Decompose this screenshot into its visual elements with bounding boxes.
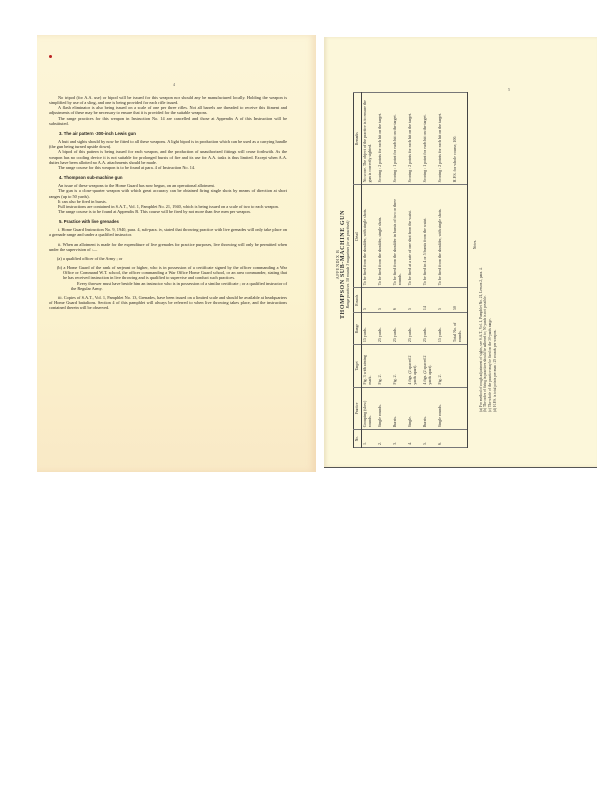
paragraph: A flash eliminator is also being issued … (49, 105, 287, 115)
column-header: Range (354, 313, 362, 345)
table-row: 3.Bursts.Fig. 2.25 yards.6To be fired fr… (392, 93, 407, 448)
sub-item-b-continued: Every thrower must have beside him an in… (71, 281, 287, 291)
table-cell: Single. (407, 387, 422, 430)
paragraph: The gun is a close-quarter weapon with w… (49, 188, 287, 198)
page-number: 4 (173, 82, 175, 87)
table-cell: 5 (407, 288, 422, 313)
table-cell: 2. (377, 430, 392, 448)
table-cell: To be fired from the shoulder, with sing… (362, 185, 378, 288)
table-cell: Single rounds. (377, 387, 392, 430)
table-cell (452, 345, 468, 388)
table-cell: To be fired in 4 or 5 bursts from the wa… (422, 185, 437, 288)
table-cell: To be fired from the shoulder, single sh… (377, 185, 392, 288)
paragraph: ii. When an allotment is made for the ex… (49, 242, 287, 252)
table-row: 6.Single rounds.Fig. 2.15 yards.5To be f… (437, 93, 452, 448)
table-cell: Scoring : 1 point for each hit on the ta… (392, 93, 407, 185)
table-cell: H.P.S. for whole course, 100. (452, 93, 468, 185)
table-cell: 6 (392, 288, 407, 313)
table-cell: No score. The object of the practice is … (362, 93, 378, 185)
table-cell: 4 figs. (2 spaced 2 yards apart). (407, 345, 422, 388)
table-cell (452, 185, 468, 288)
table-cell: Fig. 3 with aiming mark. (362, 345, 378, 388)
table-cell: 50 (452, 288, 468, 313)
table-cell: 5 (362, 288, 378, 313)
column-header: Target (354, 345, 362, 388)
table-cell: Single rounds. (437, 387, 452, 430)
paragraph: iii. Copies of S.A.T., Vol. 1, Pamphlet … (49, 295, 287, 310)
table-row: 5.Bursts.4 figs. (2 spaced 2 yards apart… (422, 93, 437, 448)
table-cell: Scoring : 2 points for each hit on the t… (437, 93, 452, 185)
paragraph: i. Home Guard Instruction No. 9, 1940, p… (49, 227, 287, 237)
table-row: Total No. of rounds.50H.P.S. for whole c… (452, 93, 468, 448)
table-cell: 15 yards. (362, 313, 378, 345)
table-cell: 5. (422, 430, 437, 448)
table-cell: To be fired from the shoulder, with sing… (437, 185, 452, 288)
section-heading-lewis-gun: 3. The air pattern ·300-inch Lewis gun (59, 131, 287, 136)
note-item: (d) H.P.S. is total points per man : 25 … (493, 77, 498, 412)
left-page-text: No tripod (for A.A. use) or bipod will b… (49, 95, 287, 310)
section-heading-thompson: 4. Thompson sub-machine gun (59, 175, 287, 180)
table-cell: 5 (377, 288, 392, 313)
paragraph: No tripod (for A.A. use) or bipod will b… (49, 95, 287, 105)
left-page: 4 No tripod (for A.A. use) or bipod will… (37, 35, 316, 472)
table-cell (452, 430, 468, 448)
table-cell: 25 yards. (392, 313, 407, 345)
table-row: 4.Single.4 figs. (2 spaced 2 yards apart… (407, 93, 422, 448)
table-cell: 4. (407, 430, 422, 448)
right-page: 5 APPENDIX B THOMPSON SUB-MACHINE GUN Ra… (324, 37, 597, 468)
table-cell: To be fired at a rate of one shot from t… (407, 185, 422, 288)
table-row: 1.Grouping (slow) rounds.Fig. 3 with aim… (362, 93, 378, 448)
table-cell: 3. (392, 430, 407, 448)
paragraph: A bipod of this pattern is being issued … (49, 149, 287, 164)
column-header: Detail (354, 185, 362, 288)
range-practice-table: No.PracticeTargetRangeRoundsDetailRemark… (353, 92, 468, 448)
punch-hole-mark (49, 55, 52, 58)
table-cell: Total No. of rounds. (452, 313, 468, 345)
table-cell: Fig. 2. (377, 345, 392, 388)
paragraph: The range practices for this weapon in I… (49, 116, 287, 126)
table-cell: Scoring : 2 points for each hit on the t… (407, 93, 422, 185)
paragraph: The range course is to be found at Appen… (49, 209, 287, 214)
table-row: 2.Single rounds.Fig. 2.25 yards.5To be f… (377, 93, 392, 448)
section-heading-grenades: 5. Practice with live grenades (59, 219, 287, 224)
table-cell: To be fired from the shoulder in bursts … (392, 185, 407, 288)
column-header: No. (354, 430, 362, 448)
paragraph: The range course for this weapon is to b… (49, 165, 287, 170)
table-cell: Fig. 2. (392, 345, 407, 388)
table-cell: 14 (422, 288, 437, 313)
sub-item-b: (b) a Home Guard of the rank of serjeant… (63, 265, 287, 280)
paragraph: A butt and sights should by now be fitte… (49, 139, 287, 149)
column-header: Remarks (354, 93, 362, 185)
table-cell: Bursts. (392, 387, 407, 430)
table-cell (452, 387, 468, 430)
table-cell: 6. (437, 430, 452, 448)
table-cell: 4 figs. (2 spaced 2 yards apart). (422, 345, 437, 388)
table-cell: 25 yards. (377, 313, 392, 345)
table-cell: Bursts. (422, 387, 437, 430)
appendix-subtitle: Range practices. 50 rounds 3 magazines (… (346, 77, 351, 452)
table-cell: 25 yards. (407, 313, 422, 345)
rotated-appendix: APPENDIX B THOMPSON SUB-MACHINE GUN Rang… (332, 77, 587, 452)
table-cell: 25 yards. (422, 313, 437, 345)
notes-heading: Notes. (473, 77, 478, 412)
notes: Notes. (a) For method of rough adjustmen… (473, 77, 497, 412)
table-cell: Fig. 2. (437, 345, 452, 388)
column-header: Practice (354, 387, 362, 430)
table-cell: Grouping (slow) rounds. (362, 387, 378, 430)
table-cell: Scoring : 1 point for each hit on the ta… (422, 93, 437, 185)
column-header: Rounds (354, 288, 362, 313)
table-cell: 15 yards. (437, 313, 452, 345)
table-cell: 1. (362, 430, 378, 448)
table-cell: 5 (437, 288, 452, 313)
table-cell: Scoring : 2 points for each hit on the t… (377, 93, 392, 185)
